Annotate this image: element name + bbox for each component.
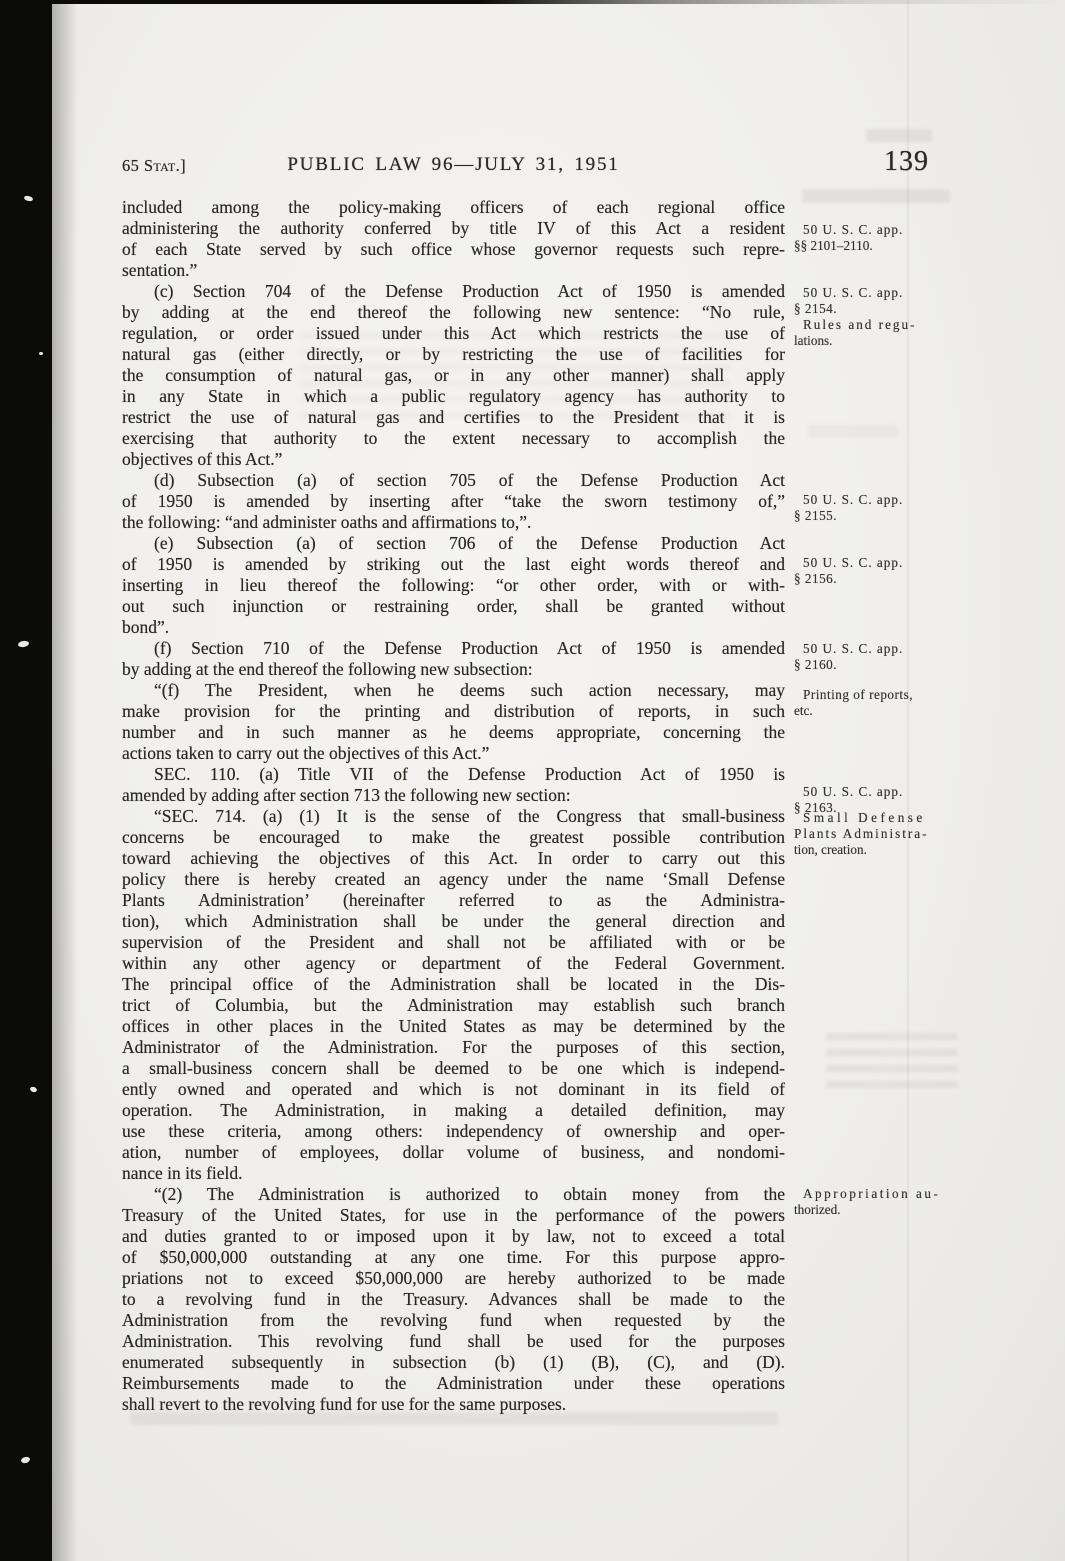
body-paragraph: (f) Section 710 of the Defense Productio… — [122, 638, 785, 680]
margin-note: 50 U. S. C. app.§ 2155. — [794, 492, 962, 524]
margin-note: Small DefensePlants Administra-tion, cre… — [794, 810, 962, 858]
body-paragraph: “(f) The President, when he deems such a… — [122, 680, 785, 764]
margin-note: 50 U. S. C. app.§ 2160. — [794, 641, 962, 673]
dust-speck — [20, 1456, 30, 1464]
margin-note: Appropriation au-thorized. — [794, 1186, 962, 1218]
scan-gutter-bar — [0, 0, 52, 1561]
bleed-through-artifact — [866, 129, 932, 142]
bleed-through-artifact — [808, 425, 898, 437]
gutter-shadow — [52, 0, 78, 1561]
body-paragraph: “SEC. 714. (a) (1) It is the sense of th… — [122, 806, 785, 1184]
body-paragraph: SEC. 110. (a) Title VII of the Defense P… — [122, 764, 785, 806]
law-title: PUBLIC LAW 96—JULY 31, 1951 — [122, 154, 785, 176]
margin-note: 50 U. S. C. app.§§ 2101–2110. — [794, 222, 962, 254]
body-text: included among the policy-making officer… — [122, 197, 785, 1415]
margin-note: Printing of reports,etc. — [794, 687, 962, 719]
body-paragraph: (d) Subsection (a) of section 705 of the… — [122, 470, 785, 533]
body-paragraph: (c) Section 704 of the Defense Productio… — [122, 281, 785, 470]
scan-top-edge — [0, 0, 1065, 4]
dust-speck — [24, 195, 34, 202]
scanned-statute-page: 65 Stat.] PUBLIC LAW 96—JULY 31, 1951 13… — [0, 0, 1065, 1561]
margin-note: 50 U. S. C. app.§ 2156. — [794, 555, 962, 587]
body-paragraph: included among the policy-making officer… — [122, 197, 785, 281]
margin-note: 50 U. S. C. app.§ 2154.Rules and regu-la… — [794, 285, 962, 349]
dust-speck — [29, 1086, 37, 1093]
bleed-through-artifact — [826, 1033, 958, 1091]
page-number: 139 — [884, 146, 929, 178]
dust-speck — [18, 640, 30, 648]
dust-speck — [39, 352, 43, 355]
body-paragraph: (e) Subsection (a) of section 706 of the… — [122, 533, 785, 638]
bleed-through-artifact — [802, 189, 950, 203]
body-paragraph: “(2) The Administration is authorized to… — [122, 1184, 785, 1415]
